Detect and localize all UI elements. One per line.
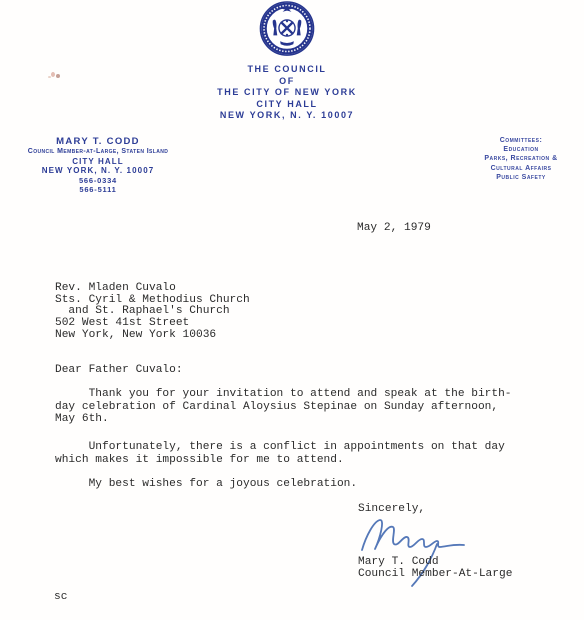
closing: Sincerely, [358,503,425,515]
sender-name: MARY T. CODD [0,136,196,147]
committee-item: Public Safety [458,173,584,182]
sender-phone: 566-5111 [0,185,196,194]
body-paragraph: My best wishes for a joyous celebration. [55,478,357,490]
salutation: Dear Father Cuvalo: [55,364,183,376]
ink-smudge [47,70,63,82]
sender-block: MARY T. CODD Council Member-at-Large, St… [0,136,196,194]
signed-name: Mary T. Codd [358,556,439,568]
org-line: OF [167,76,407,88]
org-line: THE CITY OF NEW YORK [167,87,407,99]
committees-block: Committees: Education Parks, Recreation … [458,136,584,182]
committees-heading: Committees: [458,136,584,145]
letter-date: May 2, 1979 [357,222,431,234]
org-line: CITY HALL [167,99,407,111]
body-paragraph: Thank you for your invitation to attend … [55,388,512,426]
signed-title: Council Member-At-Large [358,568,512,580]
org-line: THE COUNCIL [167,64,407,76]
typist-initials: sc [54,591,67,603]
recipient-address: Rev. Mladen Cuvalo Sts. Cyril & Methodiu… [55,283,250,342]
letterhead-org: THE COUNCIL OF THE CITY OF NEW YORK CITY… [167,64,407,122]
letter-page: THE COUNCIL OF THE CITY OF NEW YORK CITY… [0,0,584,620]
committee-item: Parks, Recreation & [458,154,584,163]
sender-phone: 566-0334 [0,176,196,185]
nyc-council-seal-icon [258,1,316,57]
sender-title: Council Member-at-Large, Staten Island [0,147,196,157]
sender-address-line: NEW YORK, N. Y. 10007 [0,166,196,176]
sender-address-line: CITY HALL [0,157,196,167]
committee-item: Education [458,145,584,154]
body-paragraph: Unfortunately, there is a conflict in ap… [55,441,505,466]
org-line: NEW YORK, N. Y. 10007 [167,110,407,122]
committee-item: Cultural Affairs [458,164,584,173]
